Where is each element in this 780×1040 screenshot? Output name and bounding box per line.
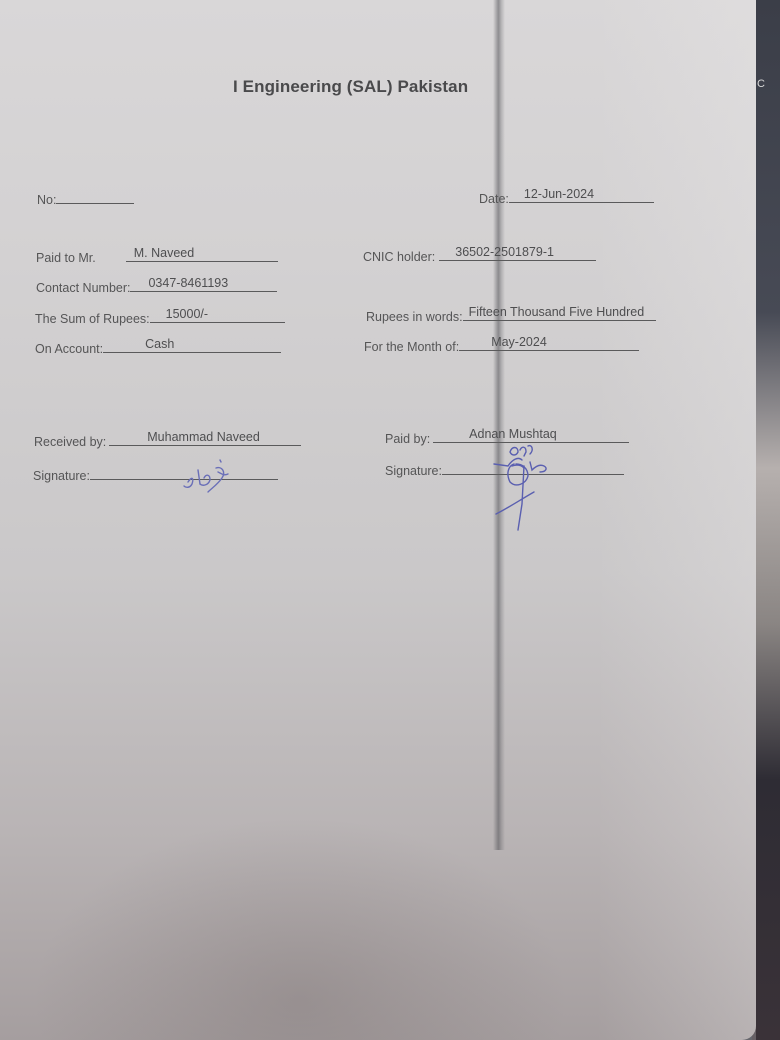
field-sum-line: 15000/- xyxy=(150,308,285,323)
paper-light-band xyxy=(596,0,756,1040)
field-on-account-line: Cash xyxy=(103,338,281,353)
field-date: Date:12-Jun-2024 xyxy=(479,188,654,206)
field-month: For the Month of:May-2024 xyxy=(364,336,639,354)
field-paid-by-label: Paid by: xyxy=(385,432,430,446)
field-rupees-in-words-label: Rupees in words: xyxy=(366,310,463,324)
field-received-by: Received by:Muhammad Naveed xyxy=(34,431,301,449)
field-cnic-label: CNIC holder: xyxy=(363,250,435,264)
field-rupees-in-words-value: Fifteen Thousand Five Hundred xyxy=(469,305,645,319)
field-received-by-label: Received by: xyxy=(34,435,106,449)
field-date-line: 12-Jun-2024 xyxy=(509,188,654,203)
field-sum: The Sum of Rupees:15000/- xyxy=(35,308,285,326)
field-signature-right-label: Signature: xyxy=(385,464,442,478)
field-received-by-line: Muhammad Naveed xyxy=(109,431,301,446)
field-paid-to-line: M. Naveed xyxy=(126,247,278,262)
paper-fold-shadow xyxy=(493,0,505,850)
field-sum-label: The Sum of Rupees: xyxy=(35,312,150,326)
background-surface: C xyxy=(752,0,780,1040)
field-received-by-value: Muhammad Naveed xyxy=(147,430,260,444)
field-on-account: On Account:Cash xyxy=(35,338,281,356)
field-no: No: xyxy=(37,189,134,207)
field-cnic-line: 36502-2501879-1 xyxy=(439,246,596,261)
field-month-label: For the Month of: xyxy=(364,340,459,354)
field-paid-by-value: Adnan Mushtaq xyxy=(469,427,557,441)
receipt-paper: I Engineering (SAL) Pakistan No: Date:12… xyxy=(0,0,756,1040)
field-on-account-label: On Account: xyxy=(35,342,103,356)
field-rupees-in-words: Rupees in words:Fifteen Thousand Five Hu… xyxy=(366,306,656,324)
handwritten-signature-left xyxy=(178,448,248,494)
field-rupees-in-words-line: Fifteen Thousand Five Hundred xyxy=(463,306,656,321)
field-no-line xyxy=(56,189,134,204)
field-paid-to-label: Paid to Mr. xyxy=(36,251,96,265)
background-glyph: C xyxy=(757,78,765,90)
field-contact-label: Contact Number: xyxy=(36,281,130,295)
field-date-value: 12-Jun-2024 xyxy=(524,187,594,201)
field-paid-by-line: Adnan Mushtaq xyxy=(433,428,629,443)
field-sum-value: 15000/- xyxy=(166,307,208,321)
field-paid-to-value: M. Naveed xyxy=(134,246,194,260)
field-month-value: May-2024 xyxy=(491,335,547,349)
field-signature-left-label: Signature: xyxy=(33,469,90,483)
document-title: I Engineering (SAL) Pakistan xyxy=(233,77,468,97)
field-contact: Contact Number:0347-8461193 xyxy=(36,277,277,295)
field-date-label: Date: xyxy=(479,192,509,206)
field-paid-to: Paid to Mr.M. Naveed xyxy=(36,247,278,265)
field-on-account-value: Cash xyxy=(145,337,174,351)
handwritten-signature-right xyxy=(478,442,568,538)
field-no-label: No: xyxy=(37,193,56,207)
field-month-line: May-2024 xyxy=(459,336,639,351)
field-contact-value: 0347-8461193 xyxy=(148,276,228,290)
field-contact-line: 0347-8461193 xyxy=(130,277,277,292)
field-cnic-value: 36502-2501879-1 xyxy=(455,245,554,259)
field-cnic: CNIC holder:36502-2501879-1 xyxy=(363,246,596,264)
